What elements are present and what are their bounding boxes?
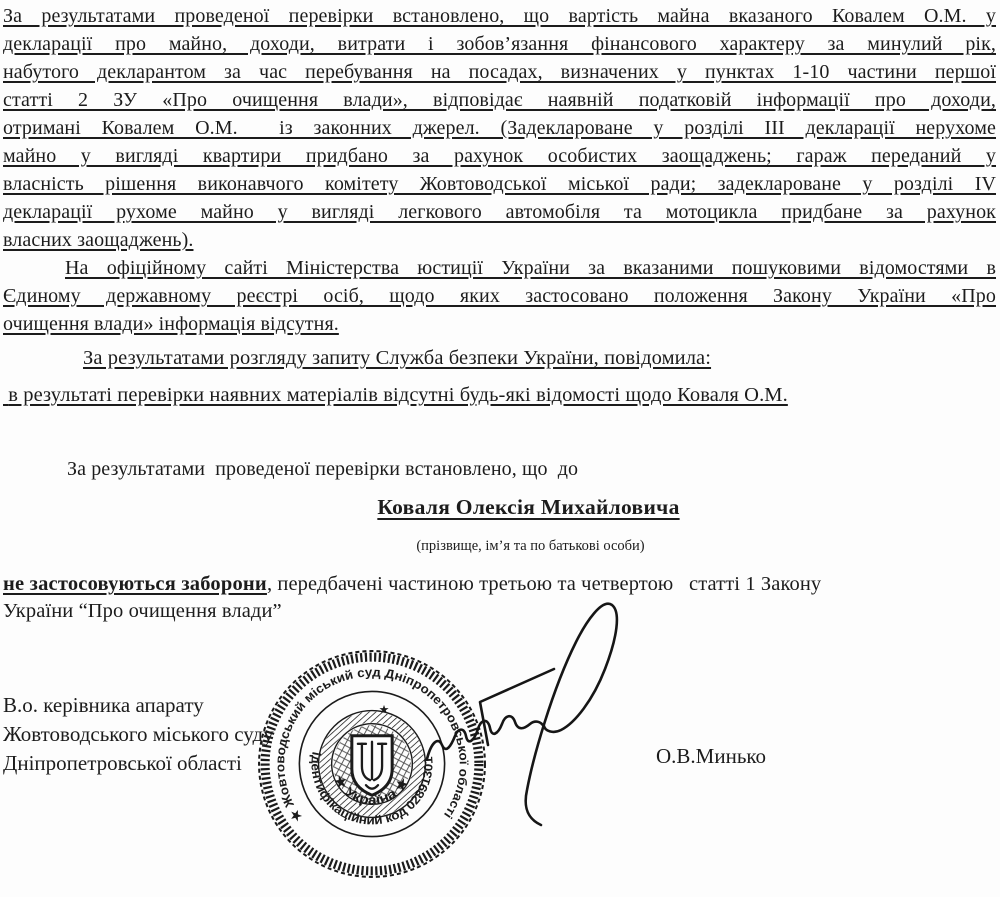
paragraph-sbu-request: За результатами розгляду запиту Служба б… <box>3 344 996 372</box>
text-line: За результатами проведеної перевірки вст… <box>3 2 996 30</box>
text-line: отримані Ковалем О.М. із законних джерел… <box>3 114 996 142</box>
prohibitions-bold-lead: не застосовуються заборони <box>3 573 267 595</box>
text-line: декларації про майно, доходи, витрати і … <box>3 30 996 58</box>
text-line: статті 2 ЗУ «Про очищення влади», відпов… <box>3 86 996 114</box>
text-line: власність рішення виконавчого комітету Ж… <box>3 170 996 198</box>
handwritten-signature <box>408 578 668 840</box>
official-name: О.В.Минько <box>656 744 766 768</box>
paragraph-ministry-justice: На офіційному сайті Міністерства юстиції… <box>3 254 996 338</box>
text-line: На офіційному сайті Міністерства юстиції… <box>3 254 996 282</box>
person-name: Коваля Олексія Михайловича <box>377 495 679 519</box>
signature-loop <box>526 604 617 825</box>
text-line: власних заощаджень). <box>3 226 996 254</box>
text-line: декларації рухоме майно у вигляді легков… <box>3 198 996 226</box>
text-line: майно у вигляді квартири придбано за рах… <box>3 142 996 170</box>
scanned-document-page: За результатами проведеної перевірки вст… <box>0 0 1000 897</box>
person-name-caption: (прізвище, ім’я та по батькові особи) <box>3 535 996 557</box>
paragraph-conclusion-intro: За результатами проведеної перевірки вст… <box>3 455 996 483</box>
text-line: набутого декларантом за час перебування … <box>3 58 996 86</box>
text-line: очищення влади» інформація відсутня. <box>3 310 996 338</box>
person-name-line: Коваля Олексія Михайловича <box>3 493 996 524</box>
paragraph-sbu-result: в результаті перевірки наявних матеріалі… <box>3 381 996 409</box>
text-line: Єдиному державному реєстрі осіб, щодо як… <box>3 282 996 310</box>
paragraph-verification-result: За результатами проведеної перевірки вст… <box>3 2 996 254</box>
